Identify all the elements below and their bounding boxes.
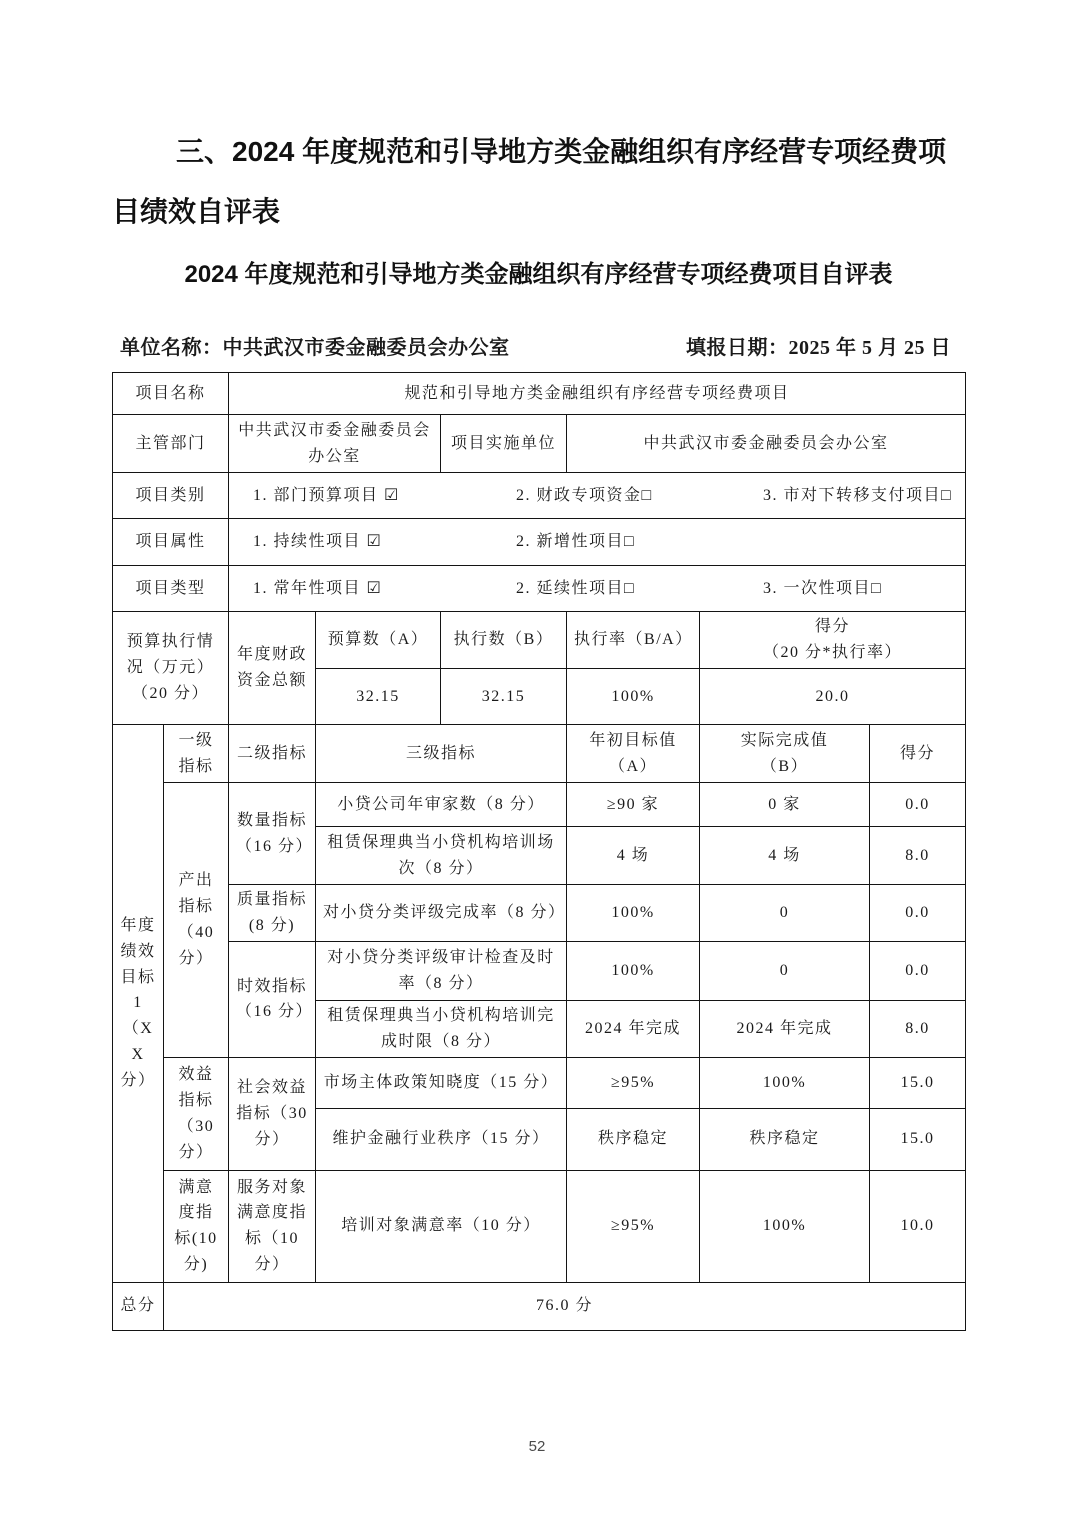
budget-col-score: 得分 （20 分*执行率） (700, 612, 966, 669)
category-options: 1. 部门预算项目 ☑ 2. 财政专项资金□ 3. 市对下转移支付项目□ (236, 483, 958, 509)
budget-value: 32.15 (316, 669, 441, 725)
level3-indicator: 对小贷分类评级审计检查及时率（8 分） (316, 942, 567, 1001)
header-level1: 一级指标 (164, 725, 229, 783)
budget-col-exec: 执行数（B） (441, 612, 567, 669)
target-value: ≥90 家 (567, 783, 700, 827)
actual-value: 0 (700, 942, 870, 1001)
level3-indicator: 对小贷分类评级完成率（8 分） (316, 885, 567, 942)
perf-row-1: 产出指标（40 分） 数量指标（16 分） 小贷公司年审家数（8 分） ≥90 … (113, 783, 966, 827)
perf-row-3: 质量指标(8 分) 对小贷分类评级完成率（8 分） 100% 0 0.0 (113, 885, 966, 942)
score-value: 15.0 (870, 1108, 966, 1170)
table-title: 2024 年度规范和引导地方类金融组织有序经营专项经费项目自评表 (112, 258, 965, 292)
actual-value: 100% (700, 1170, 870, 1282)
header-actual-line2: （B） (707, 754, 862, 780)
target-value: 2024 年完成 (567, 1001, 700, 1058)
category-options-cell: 1. 部门预算项目 ☑ 2. 财政专项资金□ 3. 市对下转移支付项目□ (229, 473, 966, 519)
row-project-name: 项目名称 规范和引导地方类金融组织有序经营专项经费项目 (113, 373, 966, 415)
actual-value: 2024 年完成 (700, 1001, 870, 1058)
target-value: ≥95% (567, 1057, 700, 1108)
target-value: 100% (567, 942, 700, 1001)
score-value: 10.0 (870, 1170, 966, 1282)
level2-social-benefit: 社会效益指标（30 分） (229, 1057, 316, 1170)
self-evaluation-table: 项目名称 规范和引导地方类金融组织有序经营专项经费项目 主管部门 中共武汉市委金… (112, 372, 966, 1331)
actual-value: 0 家 (700, 783, 870, 827)
project-name-label: 项目名称 (113, 373, 229, 415)
header-actual: 实际完成值 （B） (700, 725, 870, 783)
row-attribute: 项目属性 1. 持续性项目 ☑ 2. 新增性项目□ (113, 519, 966, 566)
budget-col-score-line1: 得分 (707, 614, 958, 640)
row-indicator-header: 年度绩效目标 1（XX 分） 一级指标 二级指标 三级指标 年初目标值 （A） … (113, 725, 966, 783)
attribute-option-2: 2. 新增性项目□ (516, 529, 763, 555)
type-label: 项目类型 (113, 566, 229, 612)
budget-col-budget: 预算数（A） (316, 612, 441, 669)
budget-section-label: 预算执行情况（万元）（20 分） (113, 612, 229, 725)
exec-value: 32.15 (441, 669, 567, 725)
total-label: 总分 (113, 1282, 164, 1330)
level3-indicator: 市场主体政策知晓度（15 分） (316, 1057, 567, 1108)
header-level3: 三级指标 (316, 725, 567, 783)
type-options: 1. 常年性项目 ☑ 2. 延续性项目□ 3. 一次性项目□ (236, 576, 958, 602)
score-value: 15.0 (870, 1057, 966, 1108)
dept-value: 中共武汉市委金融委员会办公室 (229, 415, 441, 473)
unit-name: 单位名称：中共武汉市委金融委员会办公室 (120, 334, 510, 362)
impl-unit-value: 中共武汉市委金融委员会办公室 (567, 415, 966, 473)
target-value: 100% (567, 885, 700, 942)
actual-value: 0 (700, 885, 870, 942)
row-budget-header: 预算执行情况（万元）（20 分） 年度财政资金总额 预算数（A） 执行数（B） … (113, 612, 966, 669)
category-option-2: 2. 财政专项资金□ (516, 483, 763, 509)
budget-fund-label: 年度财政资金总额 (229, 612, 316, 725)
dept-label: 主管部门 (113, 415, 229, 473)
type-option-3: 3. 一次性项目□ (763, 576, 958, 602)
header-score: 得分 (870, 725, 966, 783)
attribute-label: 项目属性 (113, 519, 229, 566)
level3-indicator: 租赁保理典当小贷机构培训场次（8 分） (316, 827, 567, 885)
score-value: 0.0 (870, 942, 966, 1001)
target-value: 4 场 (567, 827, 700, 885)
level2-quality: 质量指标(8 分) (229, 885, 316, 942)
level2-timeliness: 时效指标（16 分） (229, 942, 316, 1058)
level1-benefit: 效益指标（30 分） (164, 1057, 229, 1170)
category-option-3: 3. 市对下转移支付项目□ (763, 483, 958, 509)
impl-unit-label: 项目实施单位 (441, 415, 567, 473)
row-type: 项目类型 1. 常年性项目 ☑ 2. 延续性项目□ 3. 一次性项目□ (113, 566, 966, 612)
level3-indicator: 维护金融行业秩序（15 分） (316, 1108, 567, 1170)
attribute-options: 1. 持续性项目 ☑ 2. 新增性项目□ (236, 529, 958, 555)
target-value: 秩序稳定 (567, 1108, 700, 1170)
level2-quantity: 数量指标（16 分） (229, 783, 316, 885)
project-name-value: 规范和引导地方类金融组织有序经营专项经费项目 (229, 373, 966, 415)
attribute-option-1: 1. 持续性项目 ☑ (253, 529, 516, 555)
actual-value: 秩序稳定 (700, 1108, 870, 1170)
score-value: 0.0 (870, 783, 966, 827)
level3-indicator: 小贷公司年审家数（8 分） (316, 783, 567, 827)
category-option-1: 1. 部门预算项目 ☑ (253, 483, 516, 509)
unit-name-label: 单位名称： (120, 337, 223, 359)
row-dept: 主管部门 中共武汉市委金融委员会办公室 项目实施单位 中共武汉市委金融委员会办公… (113, 415, 966, 473)
report-date-label: 填报日期： (686, 337, 789, 359)
score-value: 0.0 (870, 885, 966, 942)
level1-output: 产出指标（40 分） (164, 783, 229, 1058)
unit-name-value: 中共武汉市委金融委员会办公室 (223, 337, 510, 359)
document-page: 三、2024 年度规范和引导地方类金融组织有序经营专项经费项目绩效自评表 202… (112, 0, 965, 1331)
attribute-options-cell: 1. 持续性项目 ☑ 2. 新增性项目□ (229, 519, 966, 566)
type-option-1: 1. 常年性项目 ☑ (253, 576, 516, 602)
type-options-cell: 1. 常年性项目 ☑ 2. 延续性项目□ 3. 一次性项目□ (229, 566, 966, 612)
page-number: 52 (0, 1438, 1074, 1455)
section-title: 三、2024 年度规范和引导地方类金融组织有序经营专项经费项目绩效自评表 (112, 122, 965, 242)
actual-value: 4 场 (700, 827, 870, 885)
budget-col-rate: 执行率（B/A） (567, 612, 700, 669)
total-value: 76.0 分 (164, 1282, 966, 1330)
report-date: 填报日期：2025 年 5 月 25 日 (686, 334, 951, 362)
perf-row-8: 满意度指标(10 分) 服务对象满意度指标（10 分） 培训对象满意率（10 分… (113, 1170, 966, 1282)
score-value: 8.0 (870, 1001, 966, 1058)
perf-row-6: 效益指标（30 分） 社会效益指标（30 分） 市场主体政策知晓度（15 分） … (113, 1057, 966, 1108)
actual-value: 100% (700, 1057, 870, 1108)
header-level2: 二级指标 (229, 725, 316, 783)
form-meta-row: 单位名称：中共武汉市委金融委员会办公室 填报日期：2025 年 5 月 25 日 (112, 334, 965, 362)
header-target-line1: 年初目标值 (574, 728, 692, 754)
score-value: 8.0 (870, 827, 966, 885)
annual-goal-label: 年度绩效目标 1（XX 分） (113, 725, 164, 1283)
rate-value: 100% (567, 669, 700, 725)
header-actual-line1: 实际完成值 (707, 728, 862, 754)
target-value: ≥95% (567, 1170, 700, 1282)
level2-service-satisfaction: 服务对象满意度指标（10 分） (229, 1170, 316, 1282)
report-date-value: 2025 年 5 月 25 日 (789, 337, 952, 359)
category-label: 项目类别 (113, 473, 229, 519)
level3-indicator: 租赁保理典当小贷机构培训完成时限（8 分） (316, 1001, 567, 1058)
row-category: 项目类别 1. 部门预算项目 ☑ 2. 财政专项资金□ 3. 市对下转移支付项目… (113, 473, 966, 519)
budget-col-score-line2: （20 分*执行率） (707, 640, 958, 666)
perf-row-4: 时效指标（16 分） 对小贷分类评级审计检查及时率（8 分） 100% 0 0.… (113, 942, 966, 1001)
header-target: 年初目标值 （A） (567, 725, 700, 783)
row-total: 总分 76.0 分 (113, 1282, 966, 1330)
level3-indicator: 培训对象满意率（10 分） (316, 1170, 567, 1282)
level1-satisfaction: 满意度指标(10 分) (164, 1170, 229, 1282)
type-option-2: 2. 延续性项目□ (516, 576, 763, 602)
budget-score-value: 20.0 (700, 669, 966, 725)
header-target-line2: （A） (574, 754, 692, 780)
